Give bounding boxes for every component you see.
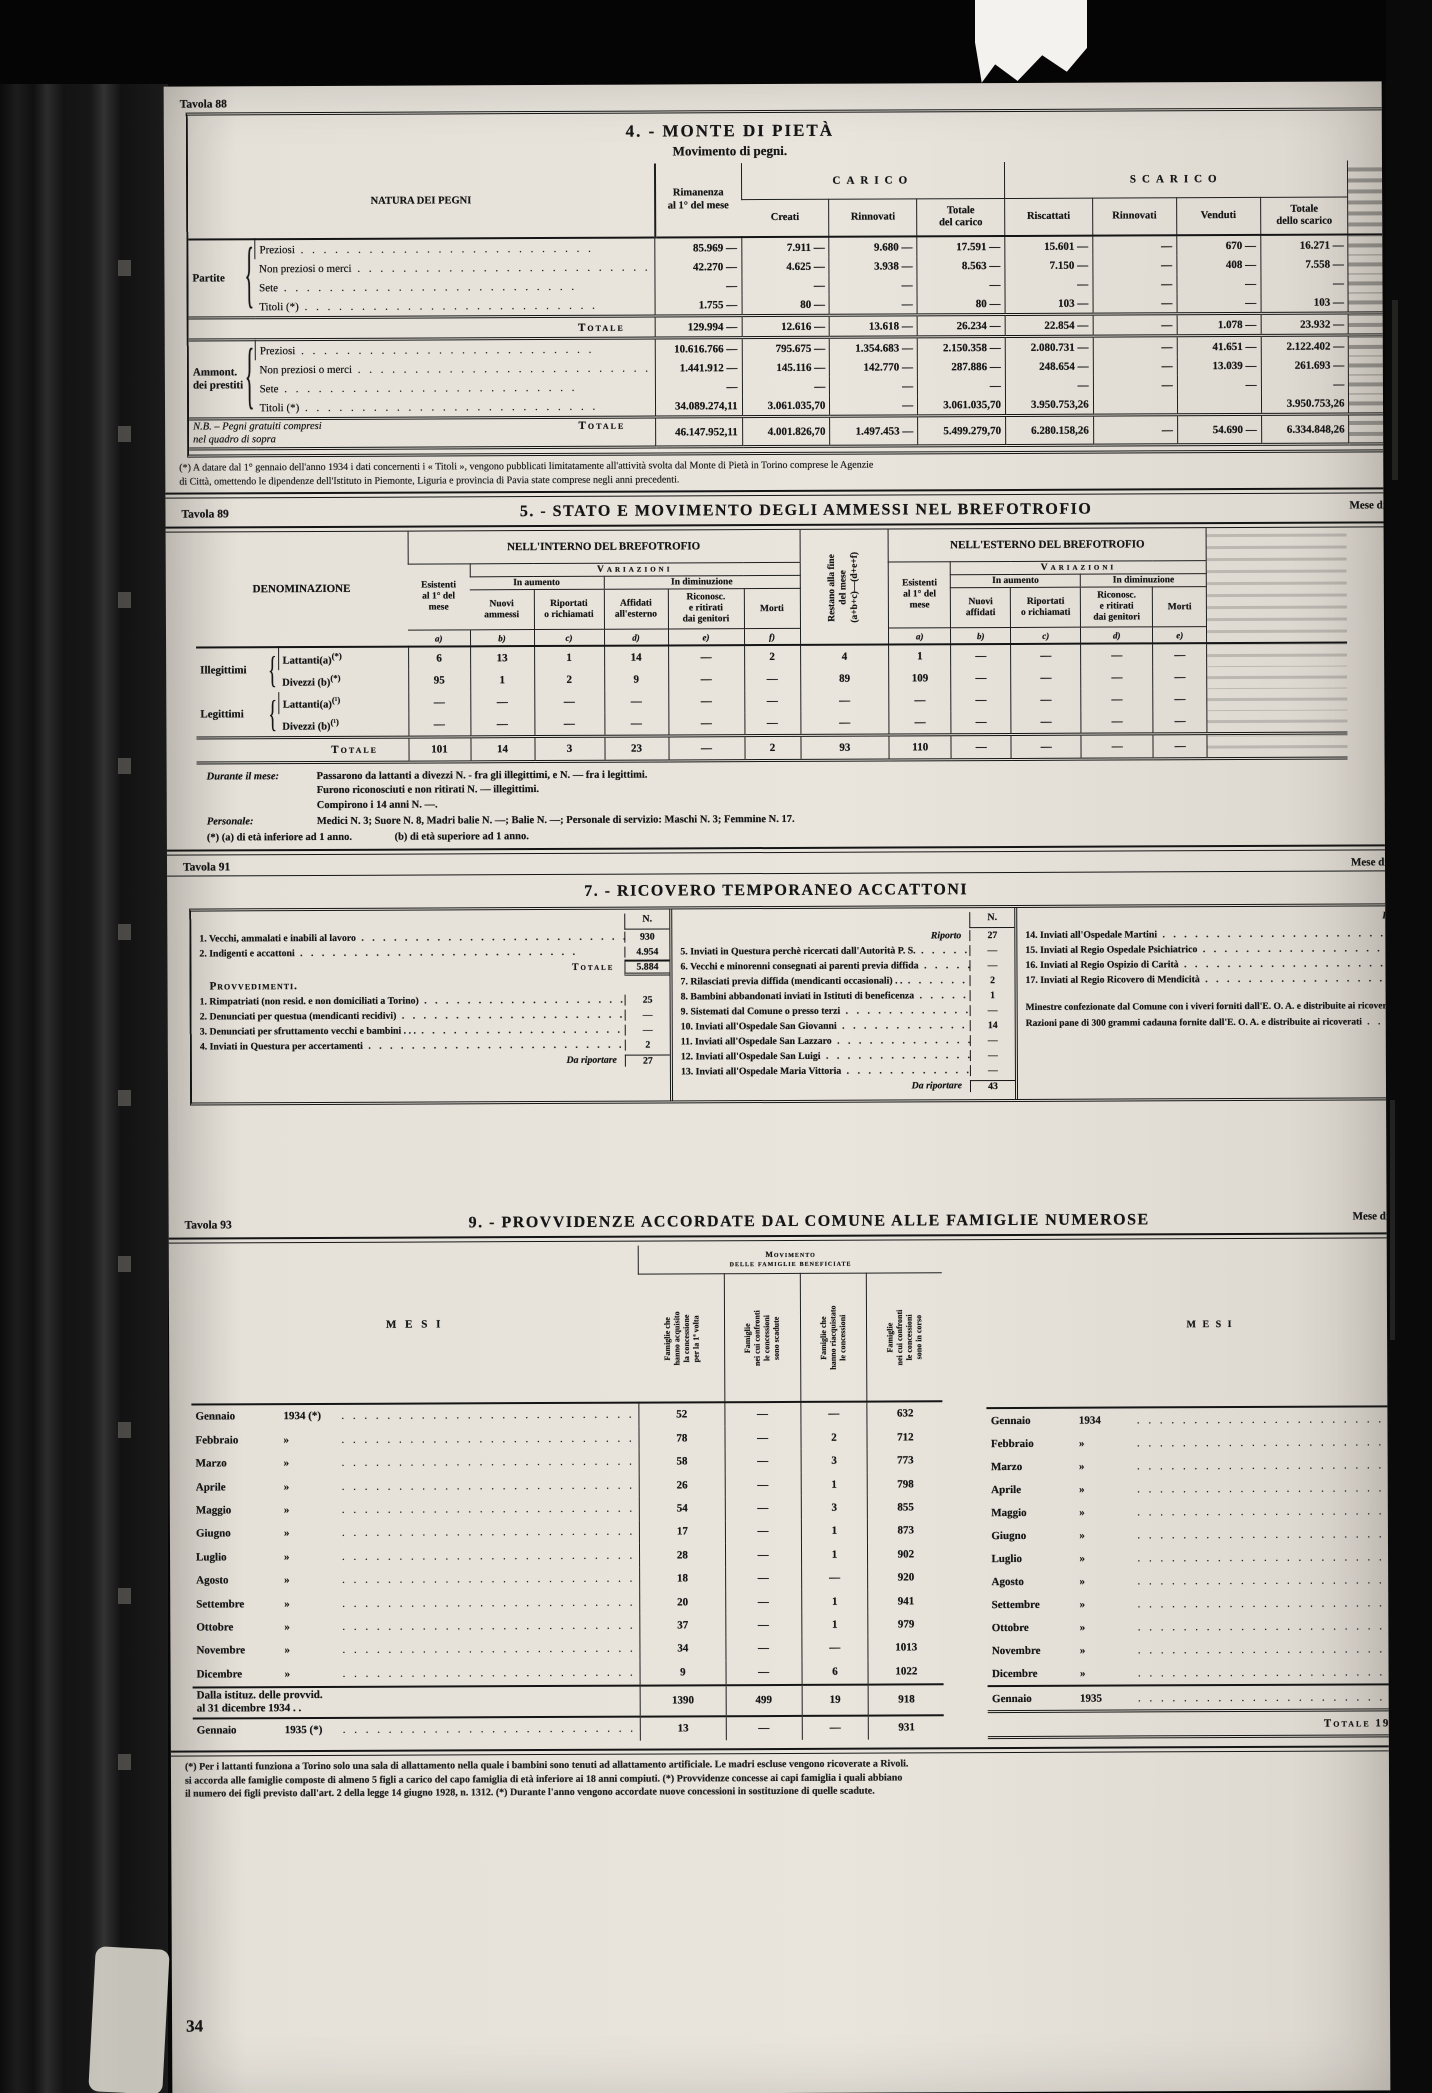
col-mesi: M E S I <box>986 1242 1390 1408</box>
table-row: Agosto»18——920 <box>192 1566 943 1593</box>
mese-label: Novembre» <box>192 1637 640 1662</box>
mese-label-inner: Agosto» <box>992 1574 1391 1588</box>
monte-subtitle: Movimento di pegni. <box>188 141 1272 162</box>
totale-label: Totale <box>572 962 615 973</box>
value-cell: — <box>668 690 744 712</box>
famiglie-right-table: M E S I Provvidenze accordate nell'anno … <box>986 1240 1390 1739</box>
value-cell: — <box>1011 644 1081 667</box>
mese: Dicembre <box>197 1668 285 1680</box>
anno: 1934 <box>1079 1414 1137 1426</box>
mese-label: Novembre» <box>988 1637 1391 1662</box>
totale-value: 12.616 — <box>742 315 830 337</box>
list-item: 12. Inviati all'Ospedale San Luigi— <box>681 1048 1015 1064</box>
value-cell: — <box>830 395 918 416</box>
mese-label: Settembre» <box>192 1591 640 1616</box>
mese-label-inner: Marzo» <box>991 1459 1390 1473</box>
value-cell: 34 <box>640 1637 725 1661</box>
item-label: 11. Inviati all'Ospedale San Lazzaro <box>681 1035 970 1047</box>
value-cell: 3.061.035,70 <box>742 396 830 417</box>
col-affidati: Affidati all'esterno <box>604 589 668 629</box>
value-cell: — <box>829 275 917 294</box>
value-cell: — <box>470 713 534 737</box>
row-label: Titoli (*) <box>255 296 655 318</box>
mese-label: Marzo» <box>987 1453 1390 1478</box>
mese-label: Agosto» <box>192 1567 640 1592</box>
value-cell: 145.116 — <box>742 358 830 377</box>
value-cell: 798 <box>867 1472 943 1496</box>
mese-label: Giugno» <box>987 1522 1390 1547</box>
mese-label-cut: Mese di G <box>1353 1210 1391 1222</box>
mese-label-inner: Ottobre» <box>992 1620 1391 1634</box>
letter-c: c) <box>534 629 604 646</box>
mese-label: Gennaio1935 (*) <box>193 1716 641 1742</box>
value-cell: 103 — <box>1261 292 1349 313</box>
n-column-header: N. <box>624 914 669 930</box>
brace-glyph: { <box>268 692 277 736</box>
table-row: Febbraio»78—2712 <box>191 1425 942 1452</box>
mese: Ottobre <box>992 1621 1080 1633</box>
totale-row: N.B. – Pegni gratuiti compresi nel quadr… <box>189 414 1383 449</box>
value-cell: 42.270 — <box>655 257 742 276</box>
value-cell: — <box>725 1496 801 1520</box>
totale-value: 22.854 — <box>1005 314 1093 336</box>
famiglie-title-row: Tavola 93 9. - PROVVIDENZE ACCORDATE DAL… <box>169 1210 1387 1233</box>
leader <box>1138 1574 1391 1587</box>
totale-value: — <box>1153 734 1207 759</box>
mese-label-inner: Giugno» <box>196 1526 635 1540</box>
mese: Luglio <box>991 1552 1079 1564</box>
mese-label-inner: Ottobre» <box>196 1620 635 1634</box>
section-divider <box>165 488 1383 499</box>
value-cell: 10.616.766 — <box>655 338 742 359</box>
durante-label: Durante il mese: <box>207 770 317 785</box>
mese-label-inner: Marzo» <box>196 1456 635 1470</box>
totale-value: 101 <box>408 737 470 762</box>
mese-label: Settembre» <box>988 1591 1391 1616</box>
value-cell: 1 <box>889 644 951 667</box>
value-cell: — <box>1011 689 1081 711</box>
totale-label-cell: Totale <box>196 737 408 763</box>
item-value: — <box>970 1005 1015 1016</box>
value-cell: 287.886 — <box>917 357 1005 376</box>
col-restano: Restano alla fine del mese (a+b+c)—(d+e+… <box>800 530 889 645</box>
value-cell: — <box>725 1543 801 1567</box>
totale-label: Totale 1935 <box>1324 1717 1391 1729</box>
col-group-carico: CARICO <box>741 162 1005 200</box>
col-totale-carico: Totale del carico <box>917 198 1005 236</box>
value-cell: 34.089.274,11 <box>656 396 743 417</box>
anno: » <box>1079 1483 1137 1495</box>
col-creati: Creati <box>741 199 829 237</box>
value-cell: — <box>724 1401 800 1426</box>
mese: Aprile <box>196 1481 284 1493</box>
footnote-a: (*) (a) di età inferiore ad 1 anno. <box>207 832 352 844</box>
brefotrofio-table-body: Illegittimi{Lattanti(a)(*)613114—241————… <box>196 643 1347 764</box>
row-label: Sete <box>256 378 656 399</box>
sup-mark: (*) <box>332 651 342 661</box>
spacer <box>199 914 624 932</box>
list-item: 15. Inviati al Regio Ospedale Psichiatri… <box>1025 941 1390 958</box>
totale-value: 110 <box>889 735 951 760</box>
scan-artifact <box>118 120 131 1920</box>
col-rinnovati-carico: Rinnovati <box>829 199 917 237</box>
item-label: 1. Rimpatriati (non resid. e non domicil… <box>200 995 625 1008</box>
mese: Settembre <box>992 1598 1080 1610</box>
item-value: 930 <box>624 932 669 943</box>
item-label: 3. Denunciati per sfruttamento vecchi e … <box>200 1025 625 1038</box>
accattoni-title: 7. - RICOVERO TEMPORANEO ACCATTONI <box>167 879 1385 902</box>
mese-label-inner: Maggio» <box>991 1505 1390 1519</box>
document-page: Tavola 88 4. - MONTE DI PIETÀ Movimento … <box>164 81 1391 2093</box>
mese: Novembre <box>992 1644 1080 1656</box>
col-totale-scarico: Totale dello scarico <box>1260 197 1348 235</box>
sup-mark: (*) <box>330 673 340 683</box>
mese: Agosto <box>992 1575 1080 1587</box>
value-cell: 920 <box>868 1566 944 1590</box>
col-morti-esterno: Morti <box>1153 587 1207 627</box>
list-item: 16. Inviati al Regio Ospizio di Carità <box>1025 956 1390 973</box>
brefotrofio-title-row: Tavola 89 5. - STATO E MOVIMENTO DEGLI A… <box>165 500 1383 523</box>
sup-mark: (¹) <box>330 717 338 727</box>
anno: » <box>1080 1621 1138 1633</box>
famiglie-tables: M E S I Movimento delle famiglie benefic… <box>191 1242 1389 1742</box>
value-cell: 1.354.683 — <box>830 337 918 358</box>
mese-label-inner: Novembre» <box>992 1643 1391 1657</box>
mese-label-inner: Gennaio1935 (*) <box>197 1723 636 1737</box>
anno: 1934 (*) <box>283 1410 341 1422</box>
value-cell: 14 <box>604 646 668 669</box>
cut-artifact-cell <box>1207 733 1347 759</box>
mese-label-inner: Dicembre» <box>992 1666 1390 1680</box>
totale-label-cell: Totale 1935 <box>988 1710 1390 1738</box>
value-cell: 7.911 — <box>741 237 829 257</box>
letter-d: d) <box>604 629 668 646</box>
totale-value: 1.497.453 — <box>830 416 918 447</box>
anno: 1935 <box>1080 1692 1138 1704</box>
mese: Ottobre <box>196 1621 284 1633</box>
value-cell: — <box>656 377 743 396</box>
mese-label: Marzo» <box>192 1450 640 1475</box>
mese: Maggio <box>196 1504 284 1516</box>
list-item: 6. Vecchi e minorenni consegnati ai pare… <box>680 958 1014 974</box>
value-cell: — <box>725 1660 801 1685</box>
item-value: — <box>970 1035 1015 1046</box>
letter-a: a) <box>408 630 470 647</box>
table-row: Marzo»58—3773 <box>192 1449 943 1476</box>
row-label: Titoli (*) <box>256 397 656 419</box>
mese-label: Ottobre» <box>192 1614 640 1639</box>
table-row: Novembre»34——1013 <box>192 1636 943 1663</box>
value-cell: 95 <box>408 670 470 692</box>
cut-artifact-cell <box>1207 666 1347 689</box>
table-row: Novembre»536—363—3— <box>988 1635 1391 1662</box>
leader <box>342 1526 635 1539</box>
tavola-93-label: Tavola 93 <box>185 1219 232 1231</box>
value-cell: — <box>470 691 534 713</box>
value-cell: 85.969 — <box>655 237 742 257</box>
value-cell: 28 <box>640 1543 725 1567</box>
group-label-text: Ammont. dei prestiti <box>193 367 243 392</box>
value-cell: 3.061.035,70 <box>918 395 1006 416</box>
value-cell: — <box>1153 643 1207 666</box>
anno: » <box>1079 1529 1137 1541</box>
value-cell: — <box>1093 336 1177 357</box>
totale-value: 129.994 — <box>655 316 742 338</box>
anno: » <box>285 1668 343 1680</box>
value-cell: 17.591 — <box>917 236 1005 256</box>
value-cell: 7.558 — <box>1261 254 1349 273</box>
letter-a2: a) <box>889 628 951 645</box>
value-cell: — <box>1177 375 1261 394</box>
durante-line2: Furono riconosciuti e non ritirati N. — … <box>317 784 539 796</box>
value-cell: — <box>724 1426 800 1450</box>
mese-label-inner: Febbraio» <box>196 1432 635 1446</box>
value-cell: — <box>1153 688 1207 710</box>
cut-artifact-cell <box>1348 254 1382 273</box>
totale-label: Totale <box>578 321 651 333</box>
totale-value: 14 <box>470 737 534 762</box>
spacer <box>680 912 969 929</box>
value-cell: — <box>951 667 1011 689</box>
right-notes: Minestre confezionate dal Comune con i v… <box>1026 1001 1391 1030</box>
col-group-esterno: NELL'ESTERNO DEL BREFOTROFIO <box>888 528 1206 562</box>
value-cell: 2.122.402 — <box>1261 335 1349 356</box>
cut-column-artifact <box>1348 160 1382 234</box>
item-value: 25 <box>625 995 670 1006</box>
value-cell: 8.563 — <box>917 256 1005 275</box>
value-cell: 6 <box>802 1660 869 1685</box>
left-block-header: Movimento delle famiglie beneficiate <box>638 1244 942 1274</box>
item-label: 4. Inviati in Questura per accertamenti <box>200 1040 625 1053</box>
totale-value: — <box>1011 734 1081 759</box>
item-value: — <box>970 1050 1015 1061</box>
table-row: Dicembre»181————— <box>988 1658 1390 1686</box>
value-cell: 873 <box>868 1519 944 1543</box>
item-value: — <box>625 1025 670 1036</box>
cut-artifact-cell <box>1207 643 1347 667</box>
value-cell: 9 <box>604 669 668 691</box>
value-cell: 632 <box>867 1401 943 1426</box>
list-item: 7. Rilasciati previa diffida (mendicanti… <box>681 973 1015 989</box>
totale-label-cell: N.B. – Pegni gratuiti compresi nel quadr… <box>189 417 656 449</box>
mese-label: Luglio» <box>987 1545 1390 1570</box>
value-cell: — <box>668 668 744 690</box>
value-cell: 931 <box>868 1715 944 1740</box>
col-in-diminuzione-esterno: In diminuzione <box>1080 574 1206 588</box>
value-cell: — <box>951 644 1011 667</box>
row-group-label: Ammont. dei prestiti{ <box>189 340 256 419</box>
table-row: Marzo»566—66—121 <box>987 1451 1390 1478</box>
value-cell: 1013 <box>868 1636 944 1660</box>
col-riacquistato: Famiglie che hanno riacquistato le conce… <box>800 1273 867 1401</box>
row-label: Sete <box>255 277 655 298</box>
value-cell: 52 <box>639 1402 724 1427</box>
item-value: 4.954 <box>624 947 669 958</box>
list-item: 8. Bambini abbandonati inviati in Istitu… <box>681 988 1015 1004</box>
mese-label-inner: Luglio» <box>196 1549 635 1563</box>
table-row: Aprile»26—1798 <box>192 1472 943 1499</box>
cut-artifact-cell <box>1349 335 1383 356</box>
sup-mark: (¹) <box>332 695 340 705</box>
value-cell: 1 <box>801 1472 868 1496</box>
totale-value: 2 <box>744 736 800 761</box>
da-riportare-row: Da riportare 43 <box>681 1078 1015 1094</box>
da-riportare-value: 27 <box>625 1054 670 1066</box>
item-label: 8. Bambini abbandonati inviati in Istitu… <box>681 990 970 1002</box>
value-cell: 6 <box>408 647 470 670</box>
value-cell: 13.039 — <box>1177 356 1261 375</box>
value-cell: — <box>655 276 742 295</box>
value-cell: 3.938 — <box>829 256 917 275</box>
row-sublabel: Lattanti(a)(*) <box>278 647 408 671</box>
anno: » <box>284 1551 342 1563</box>
value-cell <box>1093 394 1177 415</box>
totale-value: 23 <box>604 736 668 761</box>
leader <box>1137 1482 1390 1495</box>
famiglie-left-table: M E S I Movimento delle famiglie benefic… <box>191 1244 945 1742</box>
table-row: Dicembre»9—61022 <box>193 1659 944 1687</box>
value-cell: 19 <box>802 1684 869 1715</box>
value-cell: 58 <box>639 1450 724 1474</box>
col-riportati-interno: Riportati o richiamati <box>534 589 604 629</box>
leader <box>343 1667 636 1680</box>
row-sublabel: Divezzi (b)(¹) <box>278 714 408 738</box>
value-cell: 670 — <box>1177 235 1261 255</box>
riporto-label: Riporto <box>680 930 969 942</box>
anno: » <box>1080 1667 1138 1679</box>
cut-artifact-cell <box>1348 292 1382 313</box>
value-cell: — <box>802 1636 869 1660</box>
cut-artifact-cell <box>1349 374 1383 393</box>
value-cell: — <box>1177 293 1261 314</box>
col-scadute: Famiglie nei cui confronti le concession… <box>724 1273 801 1401</box>
mese-label: Aprile» <box>192 1473 640 1498</box>
mese-label: Maggio» <box>192 1497 640 1522</box>
cut-artifact-cell <box>1349 393 1383 414</box>
mese: Marzo <box>196 1457 284 1469</box>
leader <box>1137 1528 1390 1541</box>
anno: » <box>1079 1552 1137 1564</box>
table-row: Gennaio1934 (*)52——632 <box>191 1401 942 1429</box>
anno: » <box>1079 1460 1137 1472</box>
totale-label-cell: Totale <box>189 316 656 340</box>
value-cell: — <box>1011 667 1081 689</box>
item-value: 14 <box>970 1020 1015 1031</box>
table-row: Gennaio1935812—12——1— <box>988 1682 1390 1711</box>
value-cell: — <box>1005 376 1093 395</box>
anno: » <box>284 1504 342 1516</box>
famiglie-left-body: Gennaio1934 (*)52——632Febbraio»78—2712Ma… <box>191 1401 944 1743</box>
col-venduti: Venduti <box>1176 197 1260 235</box>
value-cell: — <box>1153 666 1207 688</box>
value-cell: — <box>1081 644 1153 667</box>
brace-glyph: { <box>268 648 277 692</box>
value-cell: 4 <box>800 645 889 668</box>
scan-top-band <box>0 0 1432 84</box>
footnote-b: (b) di età superiore ad 1 anno. <box>395 831 529 843</box>
value-cell: — <box>1093 375 1177 394</box>
page-number: 34 <box>186 2017 203 2037</box>
value-cell: — <box>744 668 800 690</box>
col-riportati-esterno: Riportati o richiamati <box>1011 587 1081 627</box>
mese-label-inner: Aprile» <box>196 1479 635 1493</box>
value-cell: — <box>726 1715 802 1740</box>
value-cell: — <box>800 712 889 736</box>
leader <box>1137 1436 1390 1449</box>
row-group-label: Legittimi{ <box>196 692 278 738</box>
mese-label: Gennaio1934 (*) <box>191 1402 639 1428</box>
mese-label: Luglio» <box>192 1544 640 1569</box>
totale-value: 6.334.848,26 <box>1261 414 1349 445</box>
mese: Giugno <box>991 1529 1079 1541</box>
right-items-list: 14. Inviati all'Ospedale Martini15. Invi… <box>1025 926 1390 988</box>
mese: Maggio <box>991 1506 1079 1518</box>
rule <box>171 1745 1389 1756</box>
value-cell: 248.654 — <box>1005 357 1093 376</box>
col-in-diminuzione-interno: In diminuzione <box>604 576 800 590</box>
riporto-value: 27 <box>969 930 1014 941</box>
totale-value: 54.690 — <box>1177 414 1261 445</box>
anno: » <box>284 1574 342 1586</box>
mese-label-inner: Agosto» <box>196 1573 635 1587</box>
n-column-header: N. <box>969 912 1014 928</box>
mese-label: Gennaio1935 <box>988 1684 1390 1711</box>
anno: » <box>1080 1644 1138 1656</box>
totale-value: 13.618 — <box>830 315 918 337</box>
value-cell: 2 <box>534 669 604 691</box>
value-cell: 1 <box>801 1519 868 1543</box>
value-cell: — <box>744 690 800 712</box>
note-line: Minestre confezionate dal Comune con i v… <box>1026 1001 1391 1015</box>
col-group-scarico: SCARICO <box>1004 161 1348 199</box>
group-label-text: Partite <box>192 272 224 284</box>
value-cell: — <box>534 713 604 737</box>
value-cell: — <box>744 712 800 736</box>
value-cell: 89 <box>800 668 889 690</box>
totale-value: — <box>951 735 1011 760</box>
col-riconosc-esterno: Riconosc. e ritirati dai genitori <box>1081 587 1153 627</box>
value-cell: 773 <box>867 1449 943 1473</box>
mese-label-cut: Mese di G <box>1349 500 1389 512</box>
value-cell: 41.651 — <box>1177 335 1261 356</box>
table-row: Giugno»17—1873 <box>192 1519 943 1546</box>
totale-value: — <box>668 736 744 761</box>
value-cell: — <box>889 711 951 735</box>
totale-row: Totale10114323—293110———— <box>196 733 1347 763</box>
anno: » <box>284 1621 342 1633</box>
scan-artifact <box>88 1946 169 2093</box>
mese-label-inner: Gennaio1935 <box>992 1691 1390 1705</box>
totale-value: 5.499.279,70 <box>918 415 1006 446</box>
value-cell: — <box>1093 274 1177 293</box>
cut-artifact-cell <box>1349 313 1383 335</box>
leader <box>342 1479 635 1492</box>
monte-title: 4. - MONTE DI PIETÀ <box>188 119 1272 144</box>
value-cell: 2.150.358 — <box>917 336 1005 357</box>
value-cell: 26 <box>639 1473 724 1497</box>
value-cell: 15.601 — <box>1005 236 1093 256</box>
item-value: 1 <box>970 990 1015 1001</box>
table-row: Gennaio19341501561133 <box>987 1404 1391 1432</box>
provvedimenti-list: 1. Rimpatriati (non resid. e non domicil… <box>200 993 670 1055</box>
value-cell: — <box>801 1401 868 1426</box>
value-cell: — <box>725 1449 801 1473</box>
list-item: 13. Inviati all'Ospedale Maria Vittoria— <box>681 1063 1015 1079</box>
mese-label: Maggio» <box>987 1499 1390 1524</box>
totale-label: Totale <box>578 420 651 432</box>
table-row: Maggio»54—3855 <box>192 1496 943 1523</box>
totale-row: Totale 1935812—12——1— <box>988 1708 1390 1738</box>
